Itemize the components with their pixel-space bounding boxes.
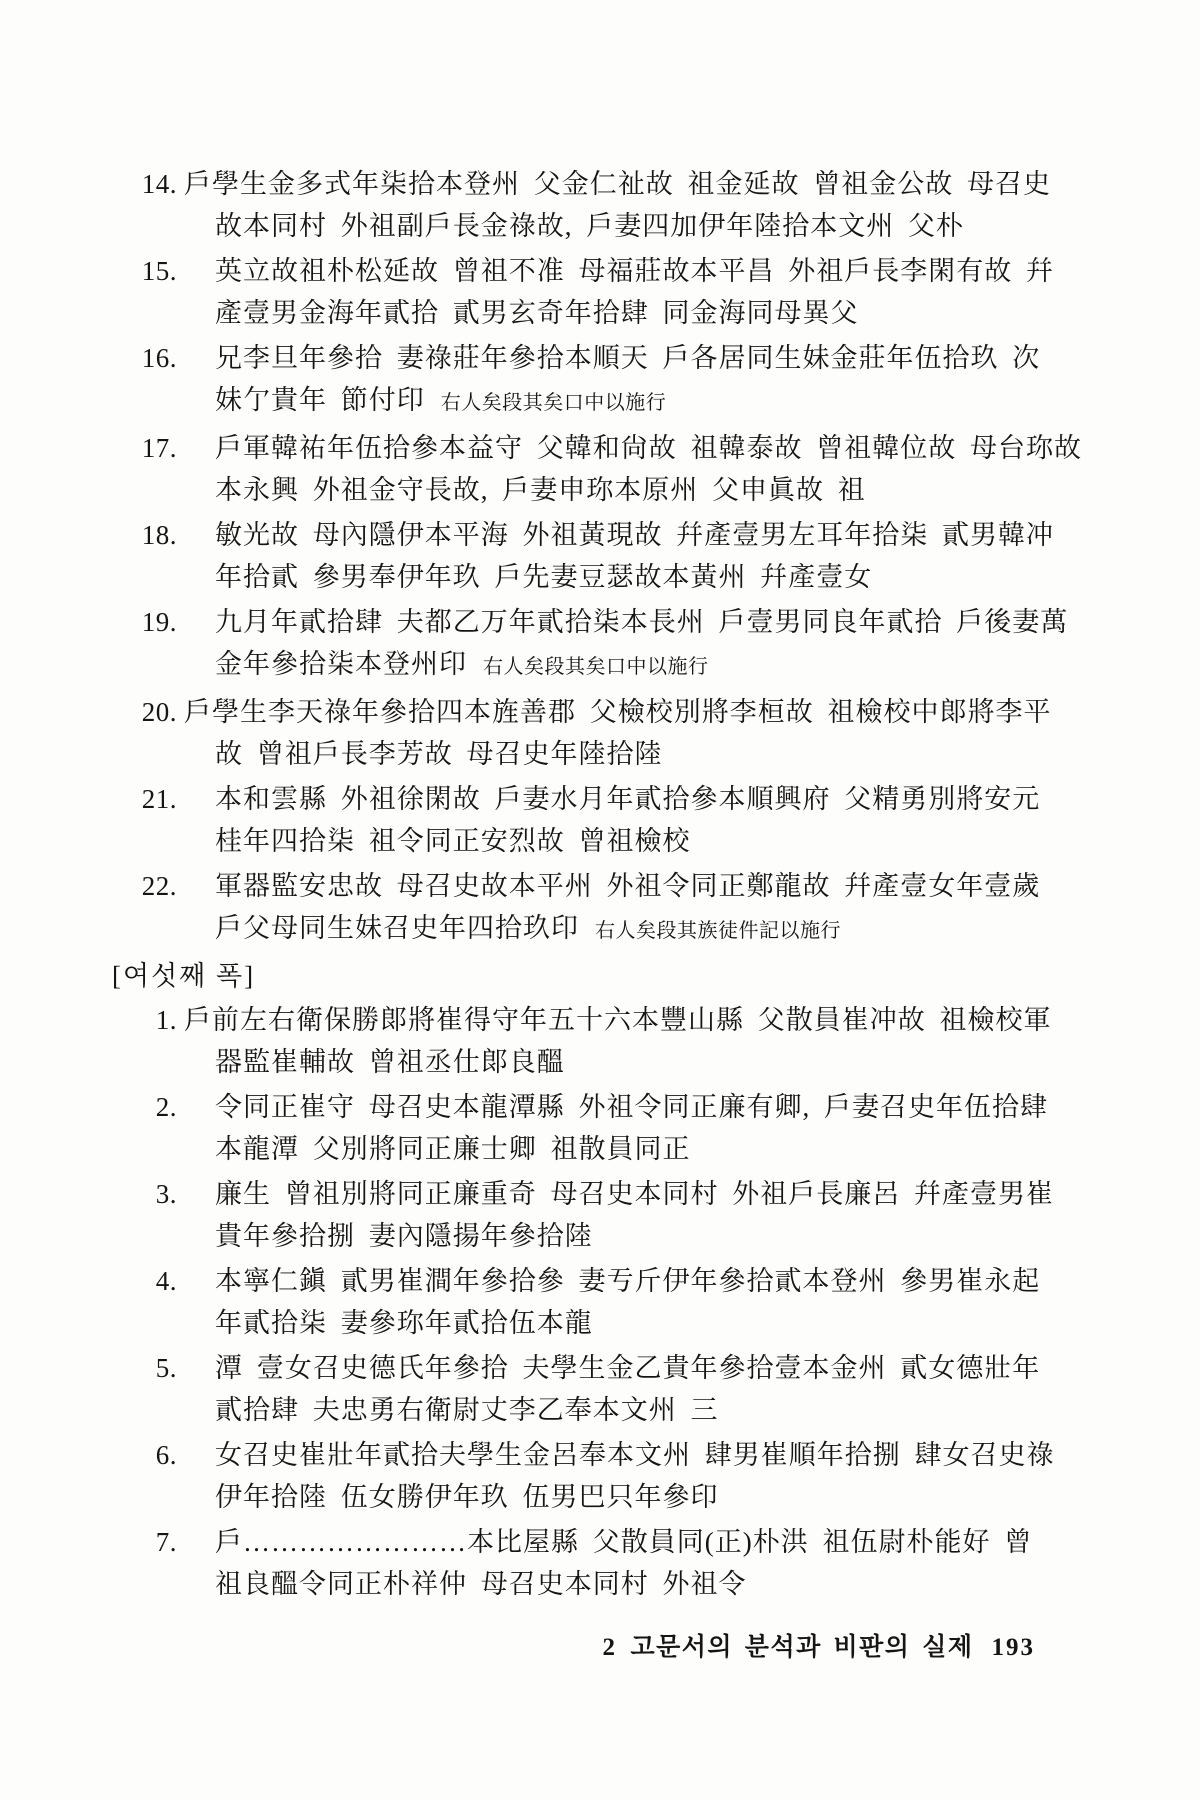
entry-line: 桂年四拾柒 祖令同正安烈故 曾祖檢校 — [215, 820, 1043, 862]
running-title: 고문서의 분석과 비판의 실제 — [630, 1634, 973, 1661]
entry-b-3: 3. 廉生 曾祖別將同正廉重奇 母召史本同村 外祖戶長廉呂 幷產壹男崔 貴年參拾… — [135, 1173, 1140, 1257]
entry-line: 戶學生李天祿年參拾四本旌善郡 父檢校別將李桓故 祖檢校中郞將李平 — [184, 691, 1043, 733]
entry-line: 本寧仁鎭 貳男崔澗年參拾參 妻亐斤伊年參拾貳本登州 參男崔永起 — [215, 1260, 1043, 1302]
entry-line: 九月年貳拾肆 夫都乙万年貳拾柒本長州 戶壹男同良年貳拾 戶後妻萬 — [215, 601, 1043, 643]
entry-number: 7. — [135, 1521, 177, 1563]
entry-line: 令同正崔守 母召史本龍潭縣 外祖令同正廉有卿, 戶妻召史年伍拾肆 — [215, 1086, 1043, 1128]
entry-number: 6. — [135, 1434, 177, 1476]
page-number: 193 — [992, 1634, 1036, 1661]
entry-15: 15. 英立故祖朴松延故 曾祖不准 母福莊故本平昌 外祖戶長李閑有故 幷 產壹男… — [135, 250, 1140, 334]
entry-line: 本龍潭 父別將同正廉士卿 祖散員同正 — [215, 1128, 1043, 1170]
entry-number: 15. — [135, 250, 177, 292]
entry-b-7: 7. 戶……………………本比屋縣 父散員同(正)朴洪 祖伍尉朴能好 曾 祖良醞令… — [135, 1521, 1140, 1605]
entry-b-4: 4. 本寧仁鎭 貳男崔澗年參拾參 妻亐斤伊年參拾貳本登州 參男崔永起 年貳拾柒 … — [135, 1260, 1140, 1344]
entry-line: 戶前左右衛保勝郞將崔得守年五十六本豐山縣 父散員崔冲故 祖檢校軍 — [184, 999, 1043, 1041]
entry-17: 17. 戶軍韓祐年伍拾參本益守 父韓和尙故 祖韓泰故 曾祖韓位故 母台珎故 本永… — [135, 427, 1140, 511]
entry-number: 19. — [135, 601, 177, 643]
entry-number: 2. — [135, 1086, 177, 1128]
entry-line: 故 曾祖戶長李芳故 母召史年陸拾陸 — [215, 733, 1043, 775]
entry-line: 英立故祖朴松延故 曾祖不准 母福莊故本平昌 外祖戶長李閑有故 幷 — [215, 250, 1043, 292]
entry-number: 22. — [135, 865, 177, 907]
entry-20: 20. 戶學生李天祿年參拾四本旌善郡 父檢校別將李桓故 祖檢校中郞將李平 故 曾… — [135, 691, 1140, 775]
entry-14: 14. 戶學生金多式年柒拾本登州 父金仁祉故 祖金延故 曾祖金公故 母召史 故本… — [135, 163, 1140, 247]
entry-line-text: 戶父母同生妹召史年四拾玖印 — [215, 913, 579, 943]
clerical-formula-note: 右人矣段其矣口中以施行 — [441, 392, 667, 414]
entry-b-6: 6. 女召史崔壯年貳拾夫學生金呂奉本文州 肆男崔順年拾捌 肆女召史祿 伊年拾陸 … — [135, 1434, 1140, 1518]
entry-line: 戶父母同生妹召史年四拾玖印右人矣段其族徒件記以施行 — [215, 907, 1043, 952]
entry-list-b: 1. 戶前左右衛保勝郞將崔得守年五十六本豐山縣 父散員崔冲故 祖檢校軍 器監崔輔… — [135, 999, 1140, 1605]
entry-line: 軍器監安忠故 母召史故本平州 外祖令同正鄭龍故 幷產壹女年壹歲 — [215, 865, 1043, 907]
entry-b-2: 2. 令同正崔守 母召史本龍潭縣 外祖令同正廉有卿, 戶妻召史年伍拾肆 本龍潭 … — [135, 1086, 1140, 1170]
entry-line: 產壹男金海年貳拾 貳男玄奇年拾肆 同金海同母異父 — [215, 292, 1043, 334]
entry-22: 22. 軍器監安忠故 母召史故本平州 外祖令同正鄭龍故 幷產壹女年壹歲 戶父母同… — [135, 865, 1140, 952]
entry-line: 戶……………………本比屋縣 父散員同(正)朴洪 祖伍尉朴能好 曾 — [215, 1521, 1043, 1563]
clerical-formula-note: 右人矣段其矣口中以施行 — [483, 656, 709, 678]
entry-line: 祖良醞令同正朴祥仲 母召史本同村 外祖令 — [215, 1563, 1043, 1605]
entry-line-text: 妹亇貴年 節付印 — [215, 385, 425, 415]
entry-line: 兄李旦年參拾 妻祿莊年參拾本順天 戶各居同生妹金莊年伍拾玖 次 — [215, 337, 1043, 379]
entry-18: 18. 敏光故 母內隱伊本平海 外祖黃現故 幷產壹男左耳年拾柒 貳男韓冲 年拾貳… — [135, 514, 1140, 598]
page-footer: 2고문서의 분석과 비판의 실제193 — [135, 1627, 1035, 1663]
entry-number: 20. — [135, 691, 177, 733]
entry-number: 14. — [135, 163, 177, 205]
entry-21: 21. 本和雲縣 外祖徐閑故 戶妻水月年貳拾參本順興府 父精勇別將安元 桂年四拾… — [135, 778, 1140, 862]
entry-line: 金年參拾柒本登州印右人矣段其矣口中以施行 — [215, 643, 1043, 688]
entry-list-a: 14. 戶學生金多式年柒拾本登州 父金仁祉故 祖金延故 曾祖金公故 母召史 故本… — [135, 163, 1140, 952]
entry-line: 敏光故 母內隱伊本平海 外祖黃現故 幷產壹男左耳年拾柒 貳男韓冲 — [215, 514, 1043, 556]
document-page: 14. 戶學生金多式年柒拾本登州 父金仁祉故 祖金延故 曾祖金公故 母召史 故本… — [0, 0, 1200, 1800]
entry-line: 戶軍韓祐年伍拾參本益守 父韓和尙故 祖韓泰故 曾祖韓位故 母台珎故 — [215, 427, 1043, 469]
entry-line: 貴年參拾捌 妻內隱揚年參拾陸 — [215, 1215, 1043, 1257]
entry-line: 潭 壹女召史德氏年參拾 夫學生金乙貴年參拾壹本金州 貳女德壯年 — [215, 1347, 1043, 1389]
entry-line: 伊年拾陸 伍女勝伊年玖 伍男巴只年參印 — [215, 1476, 1043, 1518]
entry-number: 18. — [135, 514, 177, 556]
entry-number: 21. — [135, 778, 177, 820]
entry-number: 4. — [135, 1260, 177, 1302]
entry-line: 貳拾肆 夫忠勇右衛尉丈李乙奉本文州 三 — [215, 1389, 1043, 1431]
entry-number: 16. — [135, 337, 177, 379]
entry-line: 年拾貳 參男奉伊年玖 戶先妻豆瑟故本黃州 幷產壹女 — [215, 556, 1043, 598]
chapter-number: 2 — [602, 1634, 616, 1661]
clerical-formula-note: 右人矣段其族徒件記以施行 — [595, 920, 841, 942]
entry-line: 器監崔輔故 曾祖丞仕郞良醞 — [215, 1041, 1043, 1083]
entry-number: 3. — [135, 1173, 177, 1215]
section-header-sixth-panel: [여섯째 폭] — [112, 955, 1140, 997]
entry-line: 廉生 曾祖別將同正廉重奇 母召史本同村 外祖戶長廉呂 幷產壹男崔 — [215, 1173, 1043, 1215]
entry-line: 年貳拾柒 妻參珎年貳拾伍本龍 — [215, 1302, 1043, 1344]
entry-number: 5. — [135, 1347, 177, 1389]
entry-b-5: 5. 潭 壹女召史德氏年參拾 夫學生金乙貴年參拾壹本金州 貳女德壯年 貳拾肆 夫… — [135, 1347, 1140, 1431]
entry-b-1: 1. 戶前左右衛保勝郞將崔得守年五十六本豐山縣 父散員崔冲故 祖檢校軍 器監崔輔… — [135, 999, 1140, 1083]
entry-line: 女召史崔壯年貳拾夫學生金呂奉本文州 肆男崔順年拾捌 肆女召史祿 — [215, 1434, 1043, 1476]
entry-line-text: 金年參拾柒本登州印 — [215, 649, 467, 679]
entry-16: 16. 兄李旦年參拾 妻祿莊年參拾本順天 戶各居同生妹金莊年伍拾玖 次 妹亇貴年… — [135, 337, 1140, 424]
entry-19: 19. 九月年貳拾肆 夫都乙万年貳拾柒本長州 戶壹男同良年貳拾 戶後妻萬 金年參… — [135, 601, 1140, 688]
entry-line: 故本同村 外祖副戶長金祿故, 戶妻四加伊年陸拾本文州 父朴 — [215, 205, 1043, 247]
entry-number: 1. — [135, 999, 177, 1041]
entry-line: 本永興 外祖金守長故, 戶妻申珎本原州 父申眞故 祖 — [215, 469, 1043, 511]
entry-number: 17. — [135, 427, 177, 469]
entry-line: 戶學生金多式年柒拾本登州 父金仁祉故 祖金延故 曾祖金公故 母召史 — [184, 163, 1043, 205]
entry-line: 妹亇貴年 節付印右人矣段其矣口中以施行 — [215, 379, 1043, 424]
entry-line: 本和雲縣 外祖徐閑故 戶妻水月年貳拾參本順興府 父精勇別將安元 — [215, 778, 1043, 820]
